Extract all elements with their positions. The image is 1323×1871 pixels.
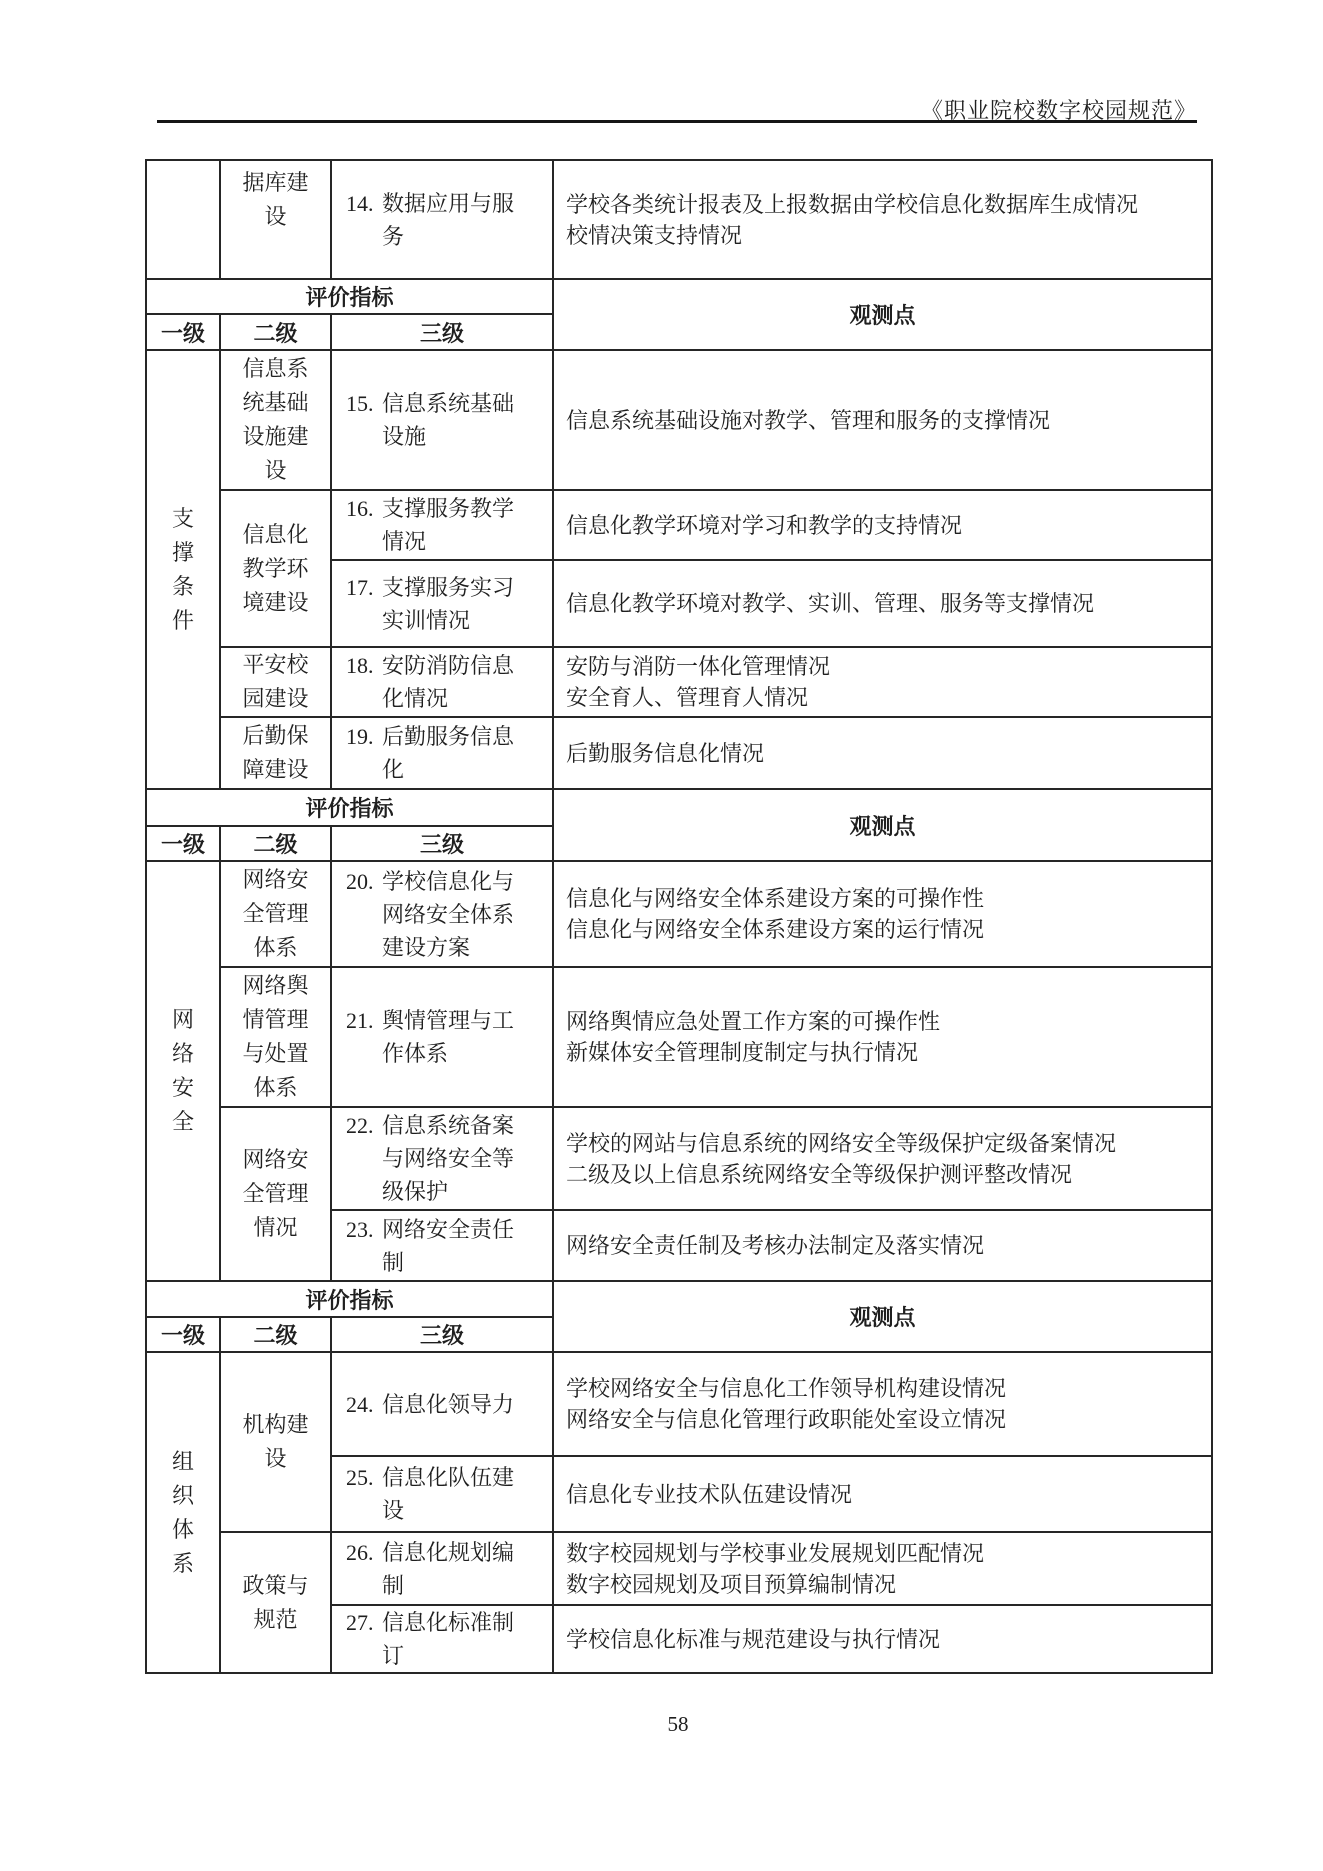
level3-cell: 16.支撑服务教学情况 xyxy=(331,490,553,560)
observation-line: 校情决策支持情况 xyxy=(566,220,1205,251)
level1-cell: 支撑条件 xyxy=(146,350,220,789)
item-number: 21. xyxy=(346,1004,382,1037)
level2-cell: 平安校园建设 xyxy=(220,647,331,717)
level3-cell: 26.信息化规划编制 xyxy=(331,1532,553,1605)
item-label: 信息化标准制订 xyxy=(382,1606,522,1672)
level3-header: 三级 xyxy=(331,314,553,350)
table-row-21: 网络舆情管理与处置体系 21.舆情管理与工作体系 网络舆情应急处置工作方案的可操… xyxy=(146,967,1212,1107)
item-label: 数据应用与服务 xyxy=(382,187,522,253)
table-row-18: 平安校园建设 18.安防消防信息化情况 安防与消防一体化管理情况 安全育人、管理… xyxy=(146,647,1212,717)
level3-cell: 25.信息化队伍建设 xyxy=(331,1456,553,1532)
eval-indicator-header: 评价指标 xyxy=(146,1281,553,1317)
observation-line: 后勤服务信息化情况 xyxy=(566,738,1205,769)
observation-line: 安全育人、管理育人情况 xyxy=(566,682,1205,713)
table-row-15: 支撑条件 信息系统基础设施建设 15.信息系统基础设施 信息系统基础设施对教学、… xyxy=(146,350,1212,490)
level1-cell: 组织体系 xyxy=(146,1352,220,1673)
observation-line: 学校的网站与信息系统的网络安全等级保护定级备案情况 xyxy=(566,1128,1205,1159)
level3-cell: 18.安防消防信息化情况 xyxy=(331,647,553,717)
item-number: 14. xyxy=(346,187,382,220)
item-number: 23. xyxy=(346,1213,382,1246)
level3-cell: 21.舆情管理与工作体系 xyxy=(331,967,553,1107)
item-label: 信息化队伍建设 xyxy=(382,1461,522,1527)
evaluation-indicator-table: 据库建设 14.数据应用与服务 学校各类统计报表及上报数据由学校信息化数据库生成… xyxy=(145,159,1213,1674)
item-number: 26. xyxy=(346,1536,382,1569)
observation-line: 数字校园规划与学校事业发展规划匹配情况 xyxy=(566,1538,1205,1569)
level3-cell: 17.支撑服务实习实训情况 xyxy=(331,560,553,647)
item-label: 安防消防信息化情况 xyxy=(382,649,522,715)
level3-cell: 15.信息系统基础设施 xyxy=(331,350,553,490)
level2-cell: 网络安全管理体系 xyxy=(220,861,331,967)
section-header-row: 评价指标 观测点 xyxy=(146,279,1212,314)
level2-cell: 信息系统基础设施建设 xyxy=(220,350,331,490)
observation-line: 网络安全责任制及考核办法制定及落实情况 xyxy=(566,1230,1205,1261)
item-number: 18. xyxy=(346,649,382,682)
observation-cell: 信息系统基础设施对教学、管理和服务的支撑情况 xyxy=(553,350,1212,490)
item-label: 支撑服务实习实训情况 xyxy=(382,571,522,637)
level3-cell: 23.网络安全责任制 xyxy=(331,1210,553,1281)
observation-line: 网络安全与信息化管理行政职能处室设立情况 xyxy=(566,1404,1205,1435)
observation-line: 信息化教学环境对教学、实训、管理、服务等支撑情况 xyxy=(566,588,1205,619)
item-label: 信息化规划编制 xyxy=(382,1536,522,1602)
level2-header: 二级 xyxy=(220,314,331,350)
table-row-14: 据库建设 14.数据应用与服务 学校各类统计报表及上报数据由学校信息化数据库生成… xyxy=(146,160,1212,279)
level2-cell: 据库建设 xyxy=(220,160,331,279)
section-header-row: 评价指标 观测点 xyxy=(146,789,1212,826)
item-number: 17. xyxy=(346,571,382,604)
table-row-19: 后勤保障建设 19.后勤服务信息化 后勤服务信息化情况 xyxy=(146,717,1212,789)
level3-header: 三级 xyxy=(331,1317,553,1352)
item-label: 支撑服务教学情况 xyxy=(382,492,522,558)
observation-cell: 网络安全责任制及考核办法制定及落实情况 xyxy=(553,1210,1212,1281)
observation-cell: 学校各类统计报表及上报数据由学校信息化数据库生成情况 校情决策支持情况 xyxy=(553,160,1212,279)
level3-cell: 24.信息化领导力 xyxy=(331,1352,553,1456)
table-row-24: 组织体系 机构建设 24.信息化领导力 学校网络安全与信息化工作领导机构建设情况… xyxy=(146,1352,1212,1456)
observation-header: 观测点 xyxy=(553,789,1212,861)
observation-line: 学校各类统计报表及上报数据由学校信息化数据库生成情况 xyxy=(566,189,1205,220)
observation-cell: 信息化教学环境对学习和教学的支持情况 xyxy=(553,490,1212,560)
level1-header: 一级 xyxy=(146,314,220,350)
observation-line: 新媒体安全管理制度制定与执行情况 xyxy=(566,1037,1205,1068)
level3-cell: 19.后勤服务信息化 xyxy=(331,717,553,789)
item-label: 信息系统基础设施 xyxy=(382,387,522,453)
observation-line: 信息系统基础设施对教学、管理和服务的支撑情况 xyxy=(566,405,1205,436)
observation-line: 二级及以上信息系统网络安全等级保护测评整改情况 xyxy=(566,1159,1205,1190)
item-label: 学校信息化与网络安全体系建设方案 xyxy=(382,865,522,964)
level1-header: 一级 xyxy=(146,1317,220,1352)
section-header-row: 评价指标 观测点 xyxy=(146,1281,1212,1317)
observation-line: 网络舆情应急处置工作方案的可操作性 xyxy=(566,1006,1205,1037)
observation-cell: 学校网络安全与信息化工作领导机构建设情况 网络安全与信息化管理行政职能处室设立情… xyxy=(553,1352,1212,1456)
table-row-20: 网络安全 网络安全管理体系 20.学校信息化与网络安全体系建设方案 信息化与网络… xyxy=(146,861,1212,967)
item-label: 网络安全责任制 xyxy=(382,1213,522,1279)
document-page: { "page": { "doc_title": "《职业院校数字校园规范》",… xyxy=(0,0,1323,1871)
level1-cell xyxy=(146,160,220,279)
observation-header: 观测点 xyxy=(553,279,1212,350)
item-label: 后勤服务信息化 xyxy=(382,720,522,786)
item-label: 信息化领导力 xyxy=(382,1388,522,1421)
observation-line: 信息化与网络安全体系建设方案的可操作性 xyxy=(566,883,1205,914)
item-label: 舆情管理与工作体系 xyxy=(382,1004,522,1070)
observation-cell: 安防与消防一体化管理情况 安全育人、管理育人情况 xyxy=(553,647,1212,717)
item-number: 25. xyxy=(346,1461,382,1494)
level2-cell: 后勤保障建设 xyxy=(220,717,331,789)
level2-cell: 网络安全管理情况 xyxy=(220,1107,331,1281)
level2-cell: 信息化教学环境建设 xyxy=(220,490,331,647)
table-row-26: 政策与规范 26.信息化规划编制 数字校园规划与学校事业发展规划匹配情况 数字校… xyxy=(146,1532,1212,1605)
eval-indicator-header: 评价指标 xyxy=(146,789,553,826)
observation-cell: 网络舆情应急处置工作方案的可操作性 新媒体安全管理制度制定与执行情况 xyxy=(553,967,1212,1107)
observation-line: 安防与消防一体化管理情况 xyxy=(566,651,1205,682)
table-row-22: 网络安全管理情况 22.信息系统备案与网络安全等级保护 学校的网站与信息系统的网… xyxy=(146,1107,1212,1210)
observation-line: 信息化与网络安全体系建设方案的运行情况 xyxy=(566,914,1205,945)
observation-cell: 信息化教学环境对教学、实训、管理、服务等支撑情况 xyxy=(553,560,1212,647)
item-label: 信息系统备案与网络安全等级保护 xyxy=(382,1109,522,1208)
level2-cell: 政策与规范 xyxy=(220,1532,331,1673)
item-number: 27. xyxy=(346,1606,382,1639)
level3-cell: 14.数据应用与服务 xyxy=(331,160,553,279)
observation-line: 信息化专业技术队伍建设情况 xyxy=(566,1479,1205,1510)
level3-cell: 20.学校信息化与网络安全体系建设方案 xyxy=(331,861,553,967)
page-number: 58 xyxy=(145,1712,1211,1737)
observation-cell: 学校信息化标准与规范建设与执行情况 xyxy=(553,1605,1212,1673)
observation-line: 信息化教学环境对学习和教学的支持情况 xyxy=(566,510,1205,541)
observation-line: 数字校园规划及项目预算编制情况 xyxy=(566,1569,1205,1600)
level1-cell: 网络安全 xyxy=(146,861,220,1281)
level1-header: 一级 xyxy=(146,826,220,861)
observation-cell: 信息化与网络安全体系建设方案的可操作性 信息化与网络安全体系建设方案的运行情况 xyxy=(553,861,1212,967)
item-number: 24. xyxy=(346,1388,382,1421)
item-number: 15. xyxy=(346,387,382,420)
item-number: 16. xyxy=(346,492,382,525)
table-row-16: 信息化教学环境建设 16.支撑服务教学情况 信息化教学环境对学习和教学的支持情况 xyxy=(146,490,1212,560)
level2-header: 二级 xyxy=(220,826,331,861)
item-number: 20. xyxy=(346,865,382,898)
observation-cell: 后勤服务信息化情况 xyxy=(553,717,1212,789)
level2-cell: 网络舆情管理与处置体系 xyxy=(220,967,331,1107)
header-rule xyxy=(157,120,1197,123)
level2-header: 二级 xyxy=(220,1317,331,1352)
observation-line: 学校信息化标准与规范建设与执行情况 xyxy=(566,1624,1205,1655)
item-number: 19. xyxy=(346,720,382,753)
observation-cell: 信息化专业技术队伍建设情况 xyxy=(553,1456,1212,1532)
item-number: 22. xyxy=(346,1109,382,1142)
observation-cell: 学校的网站与信息系统的网络安全等级保护定级备案情况 二级及以上信息系统网络安全等… xyxy=(553,1107,1212,1210)
observation-cell: 数字校园规划与学校事业发展规划匹配情况 数字校园规划及项目预算编制情况 xyxy=(553,1532,1212,1605)
observation-line: 学校网络安全与信息化工作领导机构建设情况 xyxy=(566,1373,1205,1404)
level3-cell: 22.信息系统备案与网络安全等级保护 xyxy=(331,1107,553,1210)
observation-header: 观测点 xyxy=(553,1281,1212,1352)
level3-cell: 27.信息化标准制订 xyxy=(331,1605,553,1673)
level3-header: 三级 xyxy=(331,826,553,861)
level2-cell: 机构建设 xyxy=(220,1352,331,1532)
eval-indicator-header: 评价指标 xyxy=(146,279,553,314)
